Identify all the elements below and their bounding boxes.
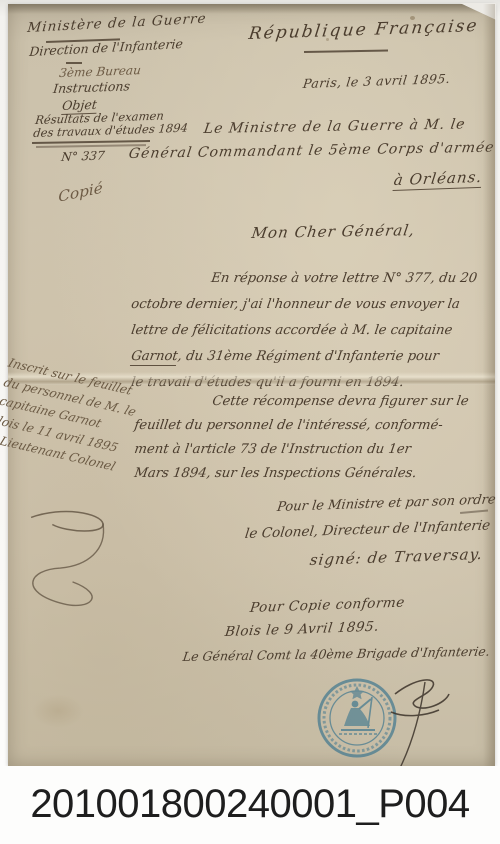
salutation: Mon Cher Général, (250, 221, 416, 242)
addressee-city: à Orléans. (393, 168, 484, 191)
underline-stroke (304, 50, 388, 53)
direction-line: Direction de l'Infanterie (29, 36, 184, 59)
margin-signature-flourish (7, 496, 161, 624)
photo-backdrop: Ministère de la Guerre Direction de l'In… (0, 0, 500, 844)
stamp-signature (391, 680, 449, 770)
body-line: lettre de félicitations accordée à M. le… (129, 318, 495, 344)
body-line: Cette récompense devra figurer sur le (133, 390, 496, 414)
star-icon (350, 686, 364, 699)
document-page: Ministère de la Guerre Direction de l'In… (8, 4, 495, 766)
signed-name: signé: de Traversay. (309, 545, 484, 569)
paper-stain (32, 694, 84, 728)
dateline: Paris, le 3 avril 1895. (302, 71, 451, 91)
captain-name: Garnot (130, 349, 179, 366)
seated-figure-icon (352, 701, 359, 708)
body-line: feuillet du personnel de l'intéressé, co… (133, 414, 496, 438)
addressee-line-3: à Orléans. (393, 168, 484, 189)
copy-annotation: Copié (58, 179, 103, 206)
ministry-heading: Ministère de la Guerre (27, 11, 208, 36)
body-line: En réponse à votre lettre N° 377, du 20 (129, 266, 495, 292)
closing-line-2: le Colonel, Directeur de l'Infanterie (244, 517, 491, 542)
caption-strip: 201001800240001_P004 (0, 766, 500, 844)
republic-heading: République Française (248, 16, 480, 44)
body-paragraph-2: Cette récompense devra figurer sur le fe… (136, 390, 496, 486)
official-stamp (303, 664, 478, 776)
body-line-rest: , du 31ème Régiment d'Infanterie pour (177, 349, 440, 364)
dossier-number: N° 337 (61, 148, 106, 163)
body-line: octobre dernier, j'ai l'honneur de vous … (129, 292, 495, 318)
body-line: ment à l'article 73 de l'Instruction du … (133, 438, 496, 462)
certification-line-2: Blois le 9 Avril 1895. (224, 619, 380, 640)
instructions-line: Instructions (52, 78, 130, 96)
certification-line-1: Pour Copie conforme (249, 595, 406, 616)
archive-caption: 201001800240001_P004 (0, 766, 500, 844)
addressee-line-1: Le Ministre de la Guerre à M. le (203, 116, 467, 137)
body-line: Mars 1894, sur les Inspections Générales… (133, 462, 496, 486)
closing-dash (460, 510, 488, 514)
body-line: Garnot, du 31ème Régiment d'Infanterie p… (129, 344, 495, 370)
underline-stroke (66, 62, 82, 64)
addressee-line-2: Général Commandant le 5ème Corps d'armée (128, 140, 496, 162)
certification-line-3: Le Général Comt la 40ème Brigade d'Infan… (182, 644, 491, 664)
